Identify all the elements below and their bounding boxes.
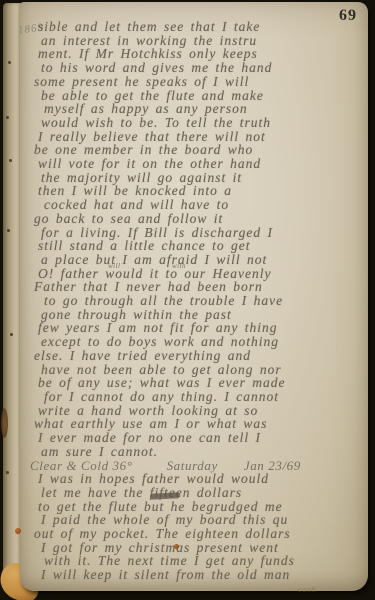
handwritten-line: have not been able to get along nor xyxy=(41,363,372,377)
handwritten-line: few years I am not fit for any thing xyxy=(38,321,372,335)
entry-2-lines: I was in hopes father would wouldlet me … xyxy=(38,472,372,582)
handwritten-line: for I cannot do any thing. I cannot xyxy=(44,390,372,404)
handwritten-line: a place but I am afraid I will not xyxy=(41,253,372,267)
handwritten-line: sible and let them see that I take xyxy=(38,20,372,34)
handwritten-line: be one member in the board who xyxy=(34,143,372,157)
rust-stain xyxy=(15,528,21,534)
handwritten-line: an interest in working the instru xyxy=(41,34,372,48)
handwritten-line: I paid the whole of my board this qu xyxy=(41,513,372,527)
handwritten-line: myself as happy as any person xyxy=(44,102,372,116)
handwritten-line: still stand a little chance to get xyxy=(38,239,372,253)
handwritten-line: else. I have tried everything and xyxy=(34,349,372,363)
handwritten-line: except to do boys work and nothing xyxy=(41,335,372,349)
ink-speck xyxy=(9,159,12,162)
handwritten-line: I really believe that there will not xyxy=(38,130,372,144)
handwritten-line: with it. The next time I get any funds xyxy=(44,554,372,568)
handwritten-line: I ever made for no one can tell I xyxy=(38,431,372,445)
interlinear-insertion: with xyxy=(172,262,186,270)
entry-2-header: Clear & Cold 36° Saturday Jan 23/69 xyxy=(30,459,372,473)
edge-stain xyxy=(1,408,8,438)
handwritten-line: will vote for it on the other hand xyxy=(38,157,372,171)
rust-stain xyxy=(174,544,179,549)
handwritten-line: I got for my christmas present went xyxy=(41,541,372,555)
handwritten-line: to his word and gives me the hand xyxy=(41,61,372,75)
handwritten-line: to go through all the trouble I have xyxy=(44,294,372,308)
handwritten-line: ment. If Mr Hotchkiss only keeps xyxy=(38,47,372,61)
handwritten-line: out of my pocket. The eighteen dollars xyxy=(34,527,372,541)
interlinear-insertion: will xyxy=(108,262,121,270)
ink-speck xyxy=(6,116,9,119)
handwritten-line: be able to get the flute and make xyxy=(41,89,372,103)
handwritten-line: be of any use; what was I ever made xyxy=(38,376,372,390)
handwritten-line: for a living. If Bill is discharged I xyxy=(41,226,372,240)
handwritten-line: go back to sea and follow it xyxy=(34,212,372,226)
handwritten-line: the majority will go against it xyxy=(41,171,372,185)
handwritten-line: gone through within the past xyxy=(41,308,372,322)
weather-note: Clear & Cold 36° xyxy=(30,459,133,473)
handwritten-line: what earthly use am I or what was xyxy=(34,417,372,431)
handwritten-line: cocked hat and will have to xyxy=(44,198,372,212)
handwritten-line: write a hand worth looking at so xyxy=(38,404,372,418)
day-label: Saturday xyxy=(167,459,218,473)
ink-speck xyxy=(6,471,9,474)
ink-speck xyxy=(7,229,10,232)
diary-photo: 69 1869 sible and let them see that I ta… xyxy=(0,0,375,600)
handwritten-line: would wish to be. To tell the truth xyxy=(41,116,372,130)
handwritten-line: Father that I never had been born xyxy=(34,280,372,294)
diary-text: sible and let them see that I takean int… xyxy=(38,20,372,582)
ink-speck xyxy=(8,61,11,64)
date-label: Jan 23/69 xyxy=(244,459,301,473)
ink-speck xyxy=(10,333,13,336)
handwritten-line: to get the flute but he begrudged me xyxy=(38,500,372,514)
handwritten-line: I was in hopes father would would xyxy=(38,472,372,486)
handwritten-line: I will keep it silent from the old man xyxy=(41,568,372,582)
handwritten-line: am sure I cannot. xyxy=(41,445,372,459)
handwritten-line: some present he speaks of I will xyxy=(34,75,372,89)
handwritten-line: let me have the fifteen dollars xyxy=(41,486,372,500)
handwritten-line: then I will be knocked into a xyxy=(38,184,372,198)
entry-1-lines: sible and let them see that I takean int… xyxy=(38,20,372,459)
faint-pencil-note: cash xyxy=(298,585,317,594)
handwritten-line: O! father would it to our Heavenly xyxy=(38,267,372,281)
